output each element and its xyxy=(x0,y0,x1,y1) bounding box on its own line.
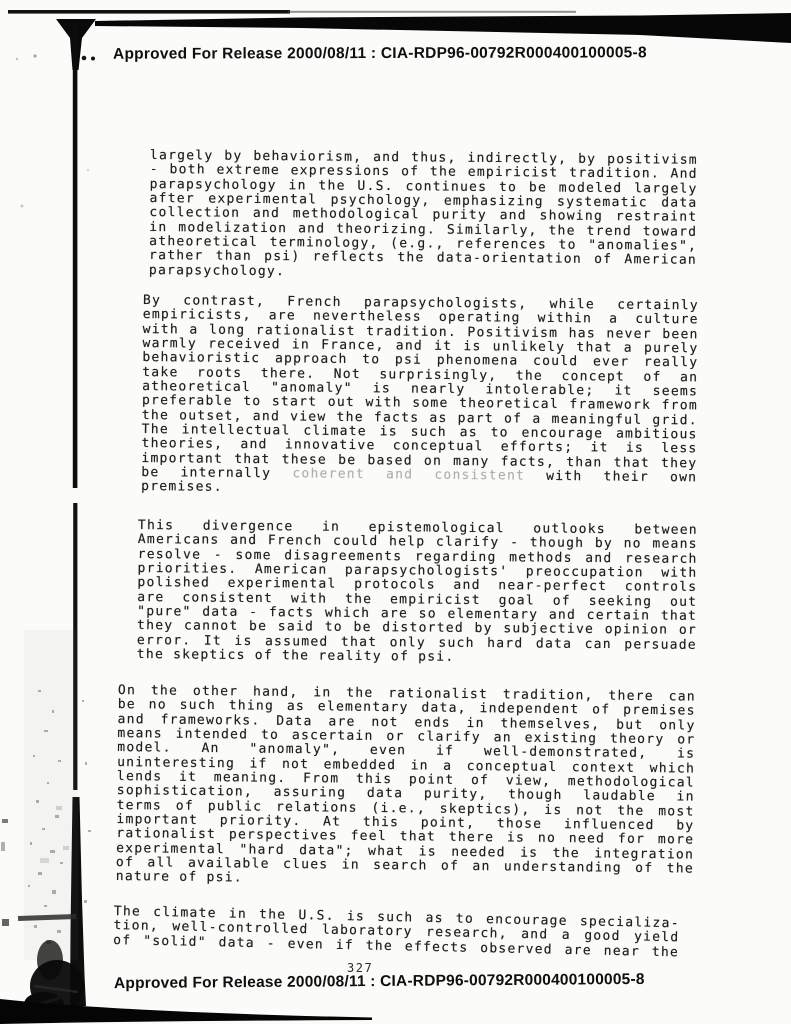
scan-margin-tick xyxy=(2,819,8,823)
scan-vertical-streak-top xyxy=(56,19,96,70)
scan-dot xyxy=(91,57,95,61)
scanned-page: Approved For Release 2000/08/11 : CIA-RD… xyxy=(0,0,791,1024)
scan-bottom-wedge xyxy=(0,999,372,1024)
scan-top-line-faint xyxy=(288,11,576,13)
scan-smear xyxy=(18,914,76,921)
scan-bottom-blob xyxy=(8,940,84,1016)
scan-vertical-streak xyxy=(70,797,86,1006)
scan-margin-tick xyxy=(1,842,5,851)
paragraph-5: The climate in the U.S. is such as to en… xyxy=(113,905,680,960)
paragraph-1: largely by behaviorism, and thus, indire… xyxy=(149,149,698,283)
scan-dot xyxy=(33,54,36,57)
paragraph-4: On the other hand, in the rationalist tr… xyxy=(116,684,696,891)
footer-stamp: Approved For Release 2000/08/11 : CIA-RD… xyxy=(114,971,645,993)
scan-dot xyxy=(87,169,89,171)
scan-vertical-streak xyxy=(73,24,78,488)
scan-vertical-streak xyxy=(73,503,77,790)
scan-top-line xyxy=(8,10,290,14)
scan-margin-tick xyxy=(2,919,9,926)
paragraph-2: By contrast, French parapsychologists, w… xyxy=(141,294,699,500)
scan-top-wedge xyxy=(95,13,791,43)
paragraph-3: This divergence in epistemological outlo… xyxy=(137,519,698,667)
scan-dot xyxy=(16,58,18,60)
scan-dot xyxy=(21,205,24,208)
scan-dot xyxy=(82,56,87,61)
header-stamp: Approved For Release 2000/08/11 : CIA-RD… xyxy=(113,44,647,63)
scan-speckles xyxy=(28,690,91,944)
